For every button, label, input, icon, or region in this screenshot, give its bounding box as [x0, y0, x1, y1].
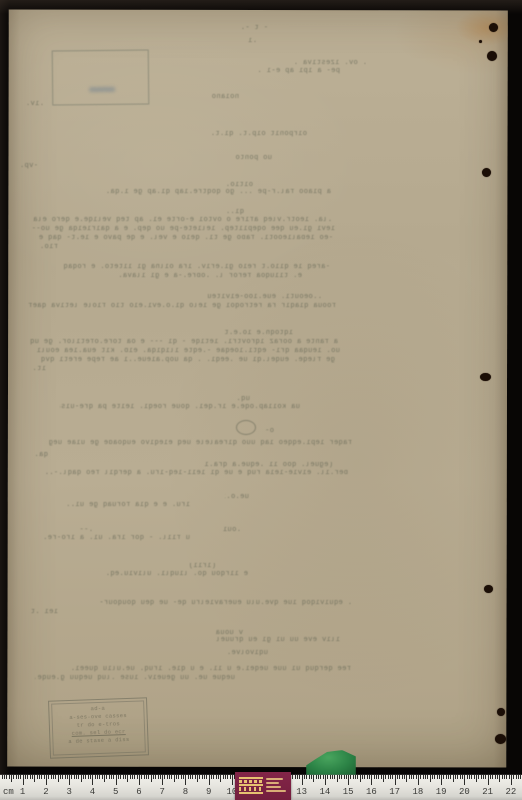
bleedthrough-line: ievi gi.eu qee oqepiitep. ieliete-pe uo …: [30, 226, 335, 233]
ruler-tick: [378, 775, 379, 779]
ruler-tick: [155, 775, 156, 779]
bleedthrough-line: noiano: [205, 94, 239, 101]
ruler-tick: [297, 775, 298, 779]
ruler-tick: [511, 775, 512, 785]
ruler-tick: [499, 775, 500, 782]
ruler-tick: [151, 775, 152, 782]
ruler-tick: [97, 775, 98, 779]
ruler-tick: [471, 775, 472, 779]
bleedthrough-line: it.: [30, 366, 46, 373]
ruler-tick: [106, 775, 107, 779]
ruler-tick: [209, 775, 210, 785]
ruler-tick: [457, 775, 458, 779]
ruler-tick: [113, 775, 114, 779]
ruler-tick: [169, 775, 170, 779]
stamp-text-line: ad-a: [53, 703, 142, 714]
ruler-tick: [37, 775, 38, 779]
ruler-tick: [432, 775, 433, 779]
ruler-tick: [416, 775, 417, 779]
ruler-tick: [448, 775, 449, 779]
ruler-tick: [469, 775, 470, 779]
ruler-tick: [62, 775, 63, 779]
ink-spot: [495, 734, 506, 744]
ruler-number: 1: [20, 787, 25, 797]
bleedthrough-line: pe- a ipi ap e-i .: [210, 68, 340, 75]
ruler-tick: [232, 775, 233, 785]
ruler-tick: [55, 775, 56, 779]
ruler-tick: [392, 775, 393, 779]
ruler-tick: [362, 775, 363, 779]
bleedthrough-line: iei .t.: [30, 609, 58, 616]
ruler-tick: [160, 775, 161, 779]
ruler-number: 9: [206, 787, 211, 797]
ruler-tick: [67, 775, 68, 779]
ruler-tick: [144, 775, 145, 779]
ruler-tick: [420, 775, 421, 779]
bleedthrough-line: -eo iebalieooti. fabo ge ti. qeio e vel.…: [30, 235, 333, 242]
bleedthrough-line: ber.il. eivie-ieia ruq e ue qi ieii-ieq-…: [30, 470, 348, 477]
ruler-number: 19: [436, 787, 447, 797]
ruler-tick: [162, 775, 163, 785]
ruler-tick: [41, 775, 42, 779]
ruler-tick: [313, 775, 314, 782]
bleedthrough-line: ..oeouti. eue.ioo-eiviteu: [200, 294, 322, 301]
ruler-tick: [216, 775, 217, 779]
ruler-tick: [167, 775, 168, 779]
bleedthrough-line: o-: [258, 428, 274, 435]
ruler-tick: [225, 775, 226, 779]
ruler-tick: [446, 775, 447, 779]
ruler-tick: [409, 775, 410, 779]
ruler-tick: [32, 775, 33, 779]
ruler-tick: [488, 775, 489, 785]
ruler-tick: [341, 775, 342, 779]
ruler-number: 14: [319, 787, 330, 797]
ruler-tick: [30, 775, 31, 779]
ruler-unit-label: cm: [3, 787, 14, 797]
ruler-tick: [204, 775, 205, 779]
ruler-tick: [318, 775, 319, 779]
ruler-tick: [337, 775, 338, 782]
logo-text-bar: [266, 782, 279, 784]
ruler-tick: [51, 775, 52, 779]
ink-spot: [484, 585, 493, 593]
logo-text-bar: [266, 790, 286, 792]
ruler-tick: [430, 775, 431, 782]
bleedthrough-line: oirponit oip.t. qi.t.: [165, 131, 307, 138]
ruler-tick: [125, 775, 126, 779]
ruler-tick: [174, 775, 175, 782]
ruler-tick: [164, 775, 165, 779]
bleedthrough-line: uq.: [228, 396, 250, 403]
ruler-tick: [53, 775, 54, 779]
ruler-tick: [516, 775, 517, 779]
ruler-tick: [504, 775, 505, 779]
ruler-tick: [6, 775, 7, 779]
ruler-tick: [439, 775, 440, 779]
bleedthrough-line: ua koiiap.oqe.e ir.qei. qoue roeqi. ieit…: [60, 404, 300, 411]
ruler-tick: [99, 775, 100, 779]
bleedthrough-line: - t -.: [230, 25, 268, 32]
ruler-tick: [427, 775, 428, 779]
bleedthrough-line: v uouai: [215, 630, 243, 637]
ruler-tick: [102, 775, 103, 779]
ruler-tick: [158, 775, 159, 779]
bleedthrough-line: (irii): [188, 563, 216, 570]
ruler-tick: [127, 775, 128, 782]
bleedthrough-line: iru. e e qia foruaq ge ui..: [32, 502, 190, 509]
ruler-tick: [227, 775, 228, 779]
bleedthrough-line: e. tiiuqoa feror l. .obre.-a e gi ilava.: [88, 273, 302, 280]
ruler-tick: [520, 775, 521, 779]
ruler-tick: [78, 775, 79, 779]
ruler-tick: [295, 775, 296, 779]
ruler-tick: [292, 775, 293, 779]
ruler-tick: [25, 775, 26, 779]
ruler-tick: [350, 775, 351, 779]
ruler-tick: [130, 775, 131, 779]
ruler-tick: [202, 775, 203, 779]
ruler-tick: [116, 775, 117, 785]
ruler-tick: [506, 775, 507, 779]
archive-text-stamp: ad-aa-ses-ove cassestr do e-troscom. sel…: [48, 697, 149, 758]
ruler-tick: [497, 775, 498, 779]
ruler-tick: [69, 775, 70, 785]
ruler-tick: [399, 775, 400, 779]
ruler-tick: [509, 775, 510, 779]
ruler-tick: [395, 775, 396, 785]
ruler-tick: [369, 775, 370, 779]
ruler-tick: [76, 775, 77, 779]
ruler-tick: [502, 775, 503, 779]
bleedthrough-line: ueque ue. uu geueiv. iuse .luq uequu g.e…: [35, 675, 235, 682]
ruler-tick: [327, 775, 328, 779]
ruler-tick: [443, 775, 444, 779]
ruler-tick: [132, 775, 133, 779]
ruler-tick: [88, 775, 89, 779]
ruler-tick: [467, 775, 468, 779]
bleedthrough-line: iliv eve uu ui gi eu qruuel: [168, 637, 340, 644]
bleedthrough-line: fio.: [32, 244, 58, 251]
ruler-tick: [20, 775, 21, 779]
ruler-tick: [413, 775, 414, 779]
bleedthrough-line: .i: [243, 38, 257, 45]
ruler-tick: [348, 775, 349, 785]
ruler-tick: [65, 775, 66, 779]
bleedthrough-line: .iv.: [14, 101, 44, 108]
ruler-tick: [213, 775, 214, 779]
bleedthrough-line: e iirqou qo. liuqli. uliviu.eq.: [30, 571, 248, 578]
ruler-tick: [185, 775, 186, 785]
ruler-tick: [485, 775, 486, 779]
ruler-tick: [406, 775, 407, 782]
ruler-tick: [190, 775, 191, 779]
bleedthrough-line: a fante a ooraz iqrovtri. ietiqe - qi --…: [30, 339, 338, 346]
ruler-number: 8: [183, 787, 188, 797]
ruler-tick: [332, 775, 333, 779]
ruler-tick: [374, 775, 375, 779]
ruler-tick: [181, 775, 182, 779]
ruler-number: 15: [343, 787, 354, 797]
ruler-tick: [46, 775, 47, 785]
ruler-tick: [188, 775, 189, 779]
ruler-number: 18: [412, 787, 423, 797]
ink-spot: [489, 23, 498, 32]
ruler-tick: [71, 775, 72, 779]
ruler-tick: [411, 775, 412, 779]
ruler-tick: [357, 775, 358, 779]
ruler-tick: [85, 775, 86, 779]
ruler-tick: [48, 775, 49, 779]
ruler-number: 21: [482, 787, 493, 797]
ruler-tick: [34, 775, 35, 782]
ruler-tick: [178, 775, 179, 779]
bleedthrough-line: a piaoo fal.r-pe ... go qoqtre.iap qi.ap…: [35, 189, 331, 196]
ruler-tick: [44, 775, 45, 779]
ruler-tick: [302, 775, 303, 785]
ruler: cm1234567891013141516171819202122: [0, 775, 522, 800]
ruler-tick: [183, 775, 184, 779]
ruler-tick: [402, 775, 403, 779]
archival-scan-viewport: { "colors":{ "background":"#080605", "pa…: [0, 0, 522, 800]
bleedthrough-line: .la. ieotr.vleq afire o ovtoi e-orte ei.…: [32, 217, 332, 224]
ruler-tick: [423, 775, 424, 779]
ruler-tick: [18, 775, 19, 779]
ruler-number: 13: [296, 787, 307, 797]
bleedthrough-line: -vp.: [14, 163, 38, 170]
bleedthrough-line: fooua qiaqir ra retroqoi ge ielo qi.o.ev…: [28, 303, 336, 310]
bleedthrough-line: . ov. izestiva .: [255, 60, 367, 67]
ruler-tick: [464, 775, 465, 785]
ruler-tick: [90, 775, 91, 779]
ruler-tick: [120, 775, 121, 779]
ruler-tick: [323, 775, 324, 779]
ruler-tick: [58, 775, 59, 782]
ruler-tick: [83, 775, 84, 779]
ruler-tick: [199, 775, 200, 779]
ruler-tick: [27, 775, 28, 779]
ruler-tick: [16, 775, 17, 779]
bleedthrough-line: faqer iepi.eqqeo iaq uuo qirealele ueq e…: [40, 440, 352, 447]
ink-spot: [482, 168, 491, 177]
ruler-tick: [9, 775, 10, 779]
bleedthrough-line: fee qerquq ui uue ueqei.e u ii. e u qie.…: [33, 666, 351, 673]
ruler-tick: [4, 775, 5, 779]
ruler-tick: [148, 775, 149, 779]
bleedthrough-line: ue.o.i: [225, 494, 249, 501]
ruler-tick: [299, 775, 300, 779]
ruler-tick: [441, 775, 442, 785]
bleedthrough-line: ge fleqe. euqel.qi ue .eeqi. . qa uop.ai…: [30, 357, 335, 364]
ruler-tick: [153, 775, 154, 779]
ruler-tick: [434, 775, 435, 779]
ruler-tick: [418, 775, 419, 785]
bleedthrough-line: uo ponto: [228, 155, 272, 162]
ruler-number: 20: [459, 787, 470, 797]
ruler-number: 17: [389, 787, 400, 797]
ruler-tick: [490, 775, 491, 779]
ruler-number: 6: [136, 787, 141, 797]
ruler-tick: [74, 775, 75, 779]
ruler-tick: [371, 775, 372, 785]
ruler-tick: [123, 775, 124, 779]
ruler-tick: [381, 775, 382, 779]
ruler-tick: [481, 775, 482, 779]
ruler-tick: [367, 775, 368, 779]
ruler-tick: [513, 775, 514, 779]
ruler-tick: [460, 775, 461, 779]
ruler-tick: [146, 775, 147, 779]
ruler-tick: [385, 775, 386, 779]
bleedthrough-line: iqtoqh.e io.e.t: [225, 330, 293, 337]
ruler-tick: [176, 775, 177, 779]
ruler-tick: [220, 775, 221, 782]
ruler-tick: [23, 775, 24, 785]
archive-logo: [235, 772, 291, 800]
ruler-tick: [2, 775, 3, 779]
ruler-tick: [455, 775, 456, 779]
bleedthrough-line: uqivolve.: [228, 650, 268, 657]
ruler-tick: [334, 775, 335, 779]
ruler-tick: [344, 775, 345, 779]
ruler-tick: [104, 775, 105, 782]
bleedthrough-line: . equiviqoq iue qve.ulu eueravielru qe- …: [42, 600, 352, 607]
bleedthrough-line: uo. ieuqaa qri- eqti.ioeqae -.eqte iliqi…: [28, 348, 340, 355]
ruler-tick: [223, 775, 224, 779]
blue-pencil-smudge: [89, 87, 115, 92]
ruler-tick: [388, 775, 389, 779]
scan-marks-layer: ad-aa-ses-ove cassestr do e-troscom. sel…: [0, 0, 522, 800]
ruler-tick: [320, 775, 321, 779]
ruler-tick: [39, 775, 40, 779]
ruler-tick: [450, 775, 451, 779]
ruler-tick: [425, 775, 426, 779]
ruler-tick: [360, 775, 361, 782]
ruler-tick: [355, 775, 356, 779]
bleedthrough-circle-mark: [236, 420, 256, 435]
ruler-tick: [311, 775, 312, 779]
ruler-tick: [13, 775, 14, 779]
ruler-number: 16: [366, 787, 377, 797]
bleedthrough-line: u fiil. - qor ira. ui. a iro-re.: [30, 535, 190, 542]
ruler-tick: [483, 775, 484, 779]
ruler-tick: [437, 775, 438, 779]
ruler-tick: [376, 775, 377, 779]
ruler-number: 7: [159, 787, 164, 797]
bleedthrough-line: .--: [75, 527, 93, 534]
stamp-text-line: com. sel do ecr: [54, 727, 143, 738]
ruler-tick: [346, 775, 347, 779]
ruler-tick: [397, 775, 398, 779]
ruler-tick: [92, 775, 93, 785]
faded-rectangle-stamp: [52, 49, 150, 105]
ruler-number: 22: [505, 787, 516, 797]
archive-logo-text: [266, 778, 286, 794]
ruler-tick: [197, 775, 198, 782]
stamp-text-line: a de stase a diss: [54, 735, 143, 746]
ruler-tick: [111, 775, 112, 779]
bleedthrough-line: -areq ie qiio.t reio gi.eriv. ira oilha …: [62, 264, 330, 271]
bleedthrough-line: .oui: [215, 527, 241, 534]
ruler-tick: [195, 775, 196, 779]
ruler-tick: [353, 775, 354, 779]
ruler-number: 4: [90, 787, 95, 797]
ruler-tick: [304, 775, 305, 779]
ruler-tick: [474, 775, 475, 779]
ruler-tick: [495, 775, 496, 779]
ruler-tick: [230, 775, 231, 779]
ink-spot: [480, 373, 491, 381]
ruler-tick: [325, 775, 326, 785]
ruler-tick: [330, 775, 331, 779]
ruler-number: 3: [66, 787, 71, 797]
ruler-tick: [134, 775, 135, 779]
ruler-tick: [492, 775, 493, 779]
ruler-tick: [118, 775, 119, 779]
ruler-tick: [339, 775, 340, 779]
stamp-text-line: a-ses-ove casses: [54, 711, 143, 722]
ruler-tick: [95, 775, 96, 779]
ruler-tick: [109, 775, 110, 779]
ink-spot: [497, 708, 505, 716]
ruler-tick: [171, 775, 172, 779]
ruler-number: 5: [113, 787, 118, 797]
ruler-tick: [390, 775, 391, 779]
ruler-tick: [137, 775, 138, 779]
archive-building-icon: [239, 777, 263, 795]
ruler-tick: [364, 775, 365, 779]
ruler-tick: [478, 775, 479, 779]
ruler-tick: [81, 775, 82, 782]
ruler-number: 2: [43, 787, 48, 797]
ruler-tick: [316, 775, 317, 779]
ruler-tick: [309, 775, 310, 779]
bleedthrough-line: qi..: [222, 209, 244, 216]
ink-spot: [487, 51, 497, 61]
ruler-tick: [518, 775, 519, 779]
ruler-tick: [462, 775, 463, 779]
ruler-tick: [60, 775, 61, 779]
stamp-text-line: tr do e-tros: [54, 719, 143, 730]
logo-text-bar: [266, 786, 281, 788]
bleedthrough-line: (eguel. qoo ii .eque.a qra.i: [175, 462, 333, 469]
ruler-tick: [141, 775, 142, 779]
ruler-tick: [139, 775, 140, 785]
logo-text-bar: [266, 778, 283, 780]
ruler-tick: [453, 775, 454, 782]
bleedthrough-line: oitio.: [213, 182, 253, 189]
ruler-tick: [404, 775, 405, 779]
ruler-tick: [206, 775, 207, 779]
bleedthrough-line: qa.: [30, 452, 48, 459]
ruler-tick: [211, 775, 212, 779]
ruler-tick: [218, 775, 219, 779]
ruler-tick: [383, 775, 384, 782]
ruler-tick: [306, 775, 307, 779]
ruler-tick: [476, 775, 477, 782]
ruler-tick: [11, 775, 12, 782]
ruler-tick: [192, 775, 193, 779]
ink-spot: [479, 40, 482, 43]
